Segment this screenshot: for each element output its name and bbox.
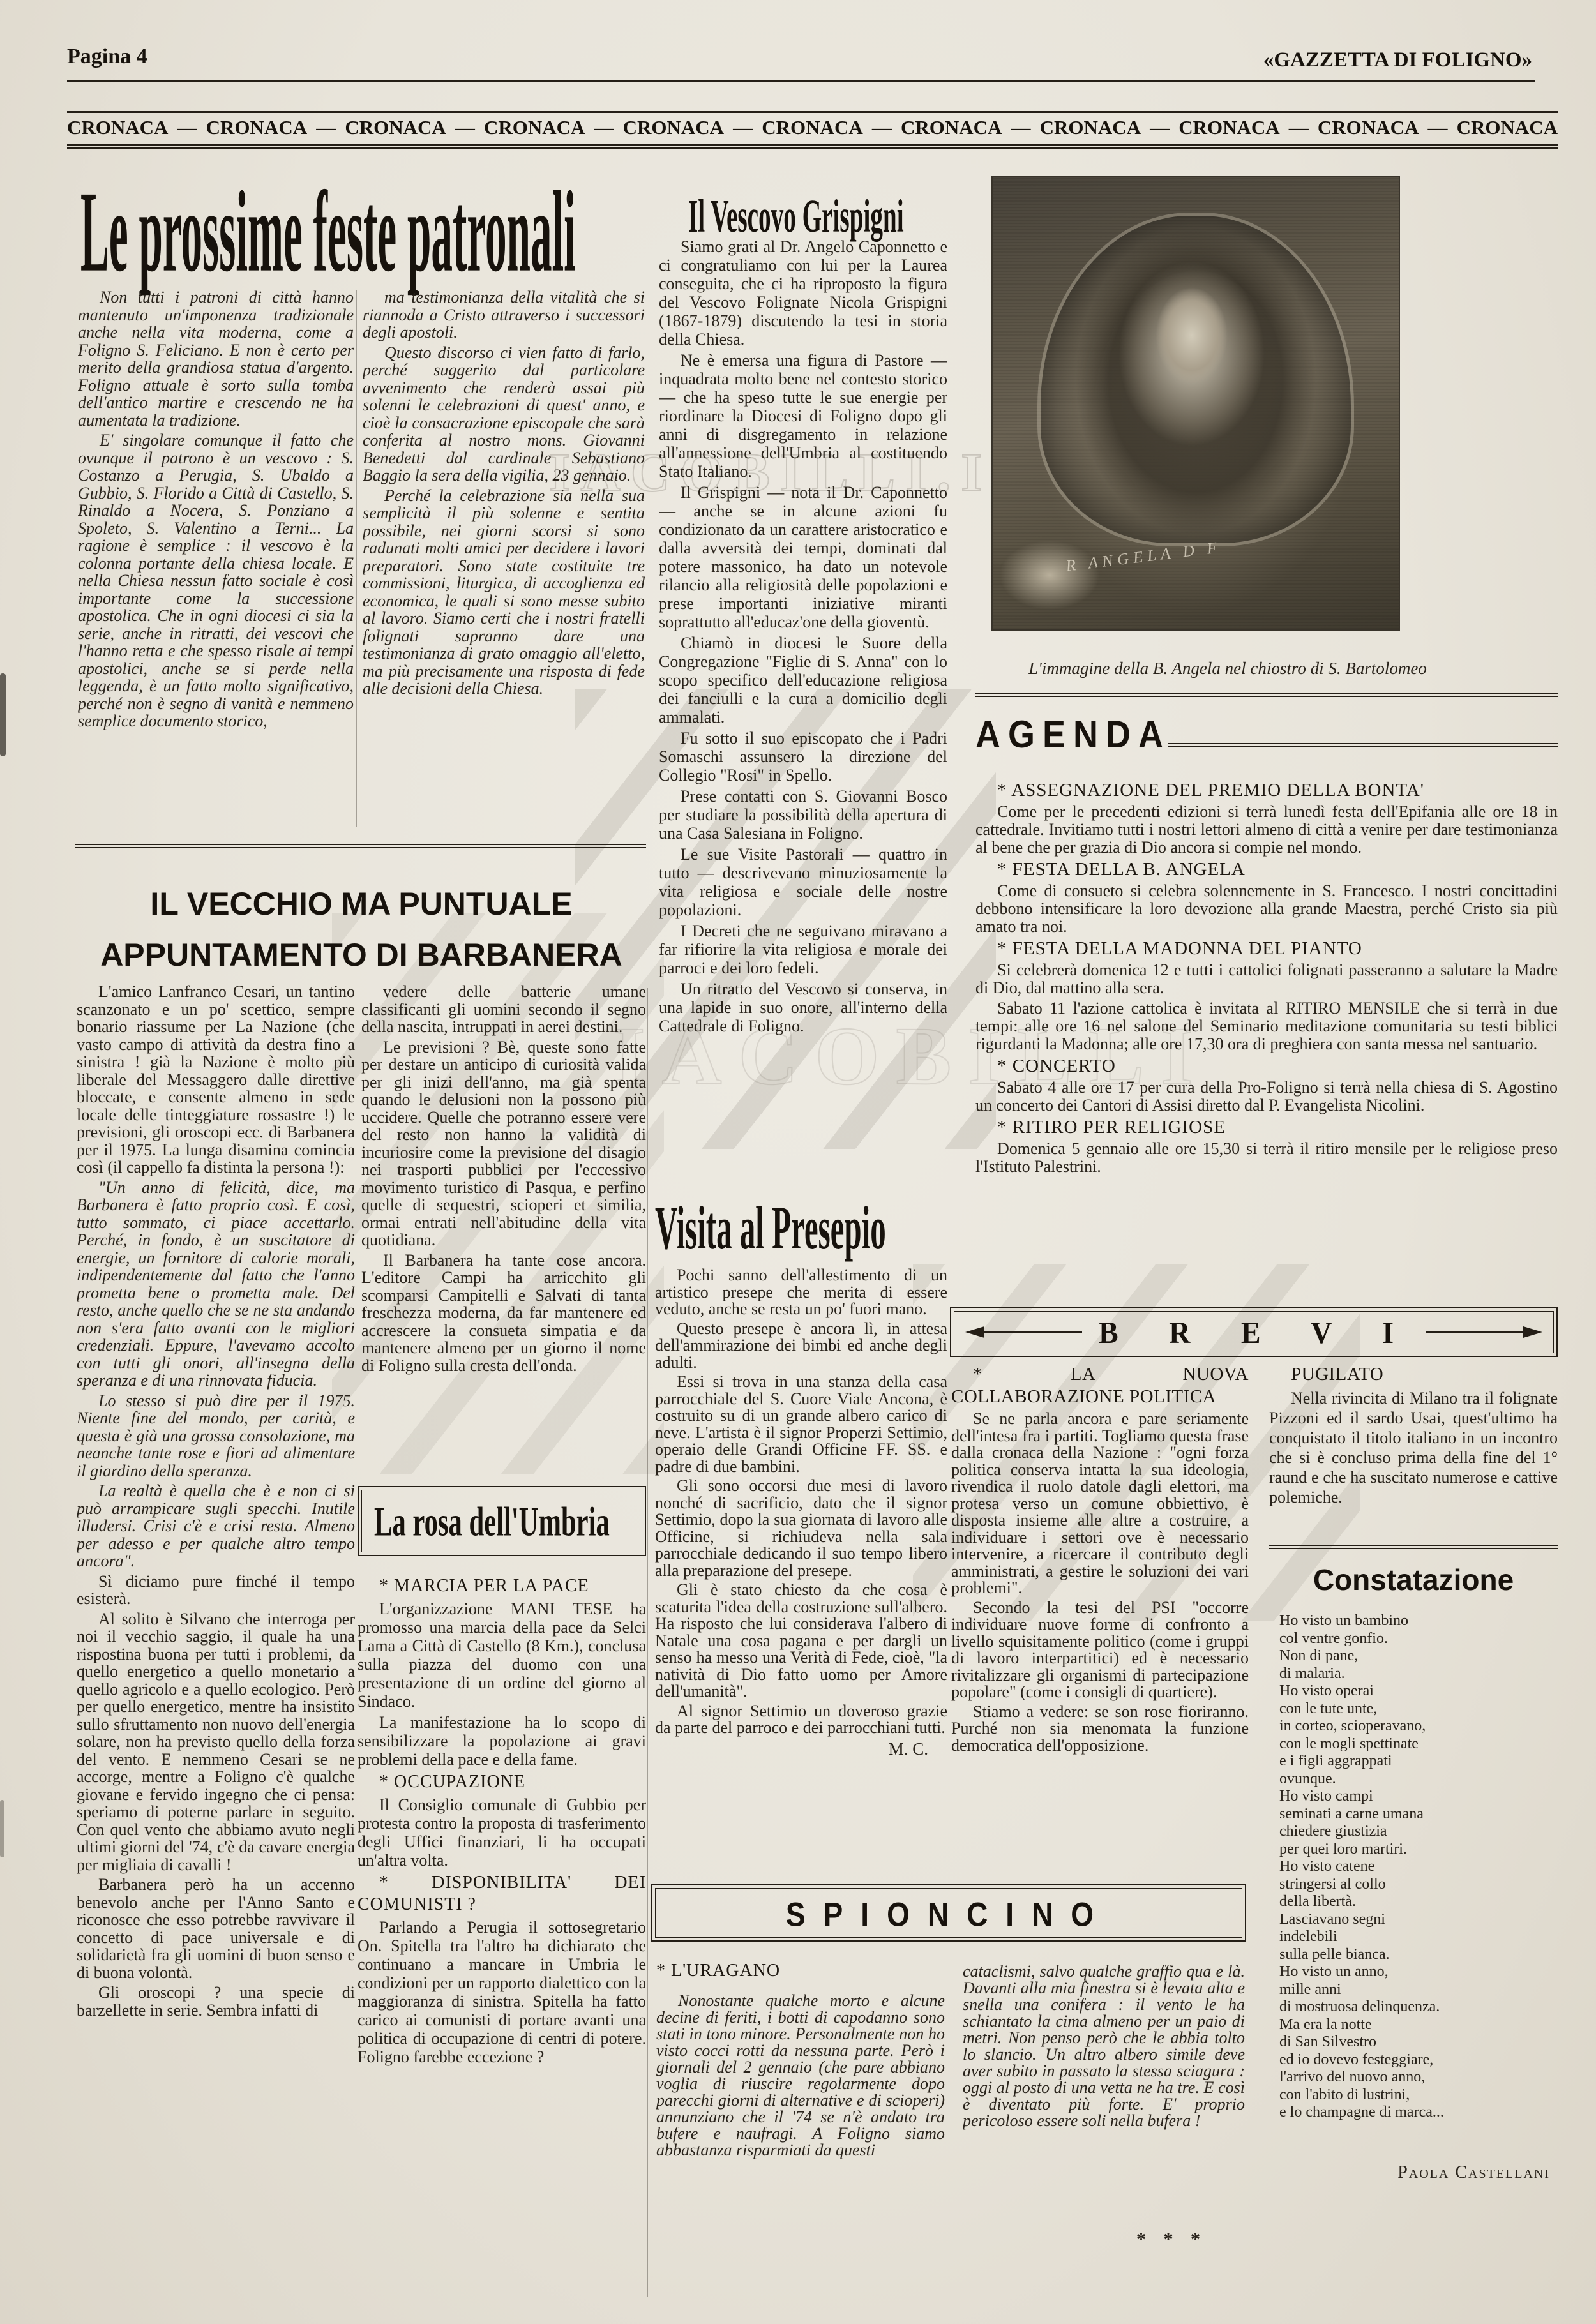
cronaca-word: — [872, 116, 892, 139]
cronaca-word: — [177, 116, 197, 139]
cronaca-word: CRONACA [1040, 116, 1141, 139]
presepio-paragraph: Gli sono occorsi due mesi di lavoro nonc… [655, 1478, 947, 1579]
vescovo-paragraph: Un ritratto del Vescovo si conserva, in … [659, 980, 947, 1035]
fresco-inscription: R ANGELA D F [1065, 539, 1223, 576]
cronaca-rule-bottom [67, 144, 1558, 149]
column-rule [647, 988, 648, 2297]
cronaca-word: — [1427, 116, 1447, 139]
cronaca-word: — [1289, 116, 1309, 139]
agenda-item-heading: * RITIRO PER RELIGIOSE [975, 1117, 1558, 1137]
agenda-item-paragraph: Come per le precedenti edizioni si terrà… [975, 803, 1558, 857]
poem-line: di malaria. [1279, 1665, 1558, 1683]
cronaca-word: — [733, 116, 753, 139]
cronaca-word: CRONACA [901, 116, 1002, 139]
constatazione-title: Constatazione [1269, 1563, 1558, 1597]
scan-smudge [0, 673, 6, 756]
scan-smudge [0, 1800, 4, 1857]
presepio-paragraph: Pochi sanno dell'allestimento di un arti… [655, 1267, 947, 1318]
poem-line: Ho visto campi [1279, 1788, 1558, 1806]
vescovo-headline: Il Vescovo Grispigni [688, 190, 996, 231]
rosa-item-heading: * MARCIA PER LA PACE [358, 1575, 646, 1597]
cronaca-word: CRONACA [762, 116, 862, 139]
constatazione-poem: Ho visto un bambinocol ventre gonfio.Non… [1279, 1612, 1558, 2122]
brevi-title: B R E V I [1092, 1314, 1415, 1350]
presepio-article: Pochi sanno dell'allestimento di un arti… [655, 1267, 947, 1870]
vescovo-paragraph: Prese contatti con S. Giovanni Bosco per… [659, 787, 947, 843]
presepio-paragraph: Questo presepe è ancora lì, in attesa de… [655, 1321, 947, 1372]
poem-line: col ventre gonfio. [1279, 1630, 1558, 1648]
brevi-item-paragraph: Stiamo a vedere: se son rose fioriranno.… [951, 1704, 1249, 1755]
spioncino-col2: cataclismi, salvo qualche graffio qua e … [963, 1963, 1245, 2225]
agenda-rule-top [975, 693, 1558, 697]
cronaca-word: CRONACA [1178, 116, 1279, 139]
photo-caption: L'immagine della B. Angela nel chiostro … [991, 659, 1464, 678]
poem-line: con l'abito di lustrini, [1279, 2087, 1558, 2104]
poem-line: di San Silvestro [1279, 2034, 1558, 2051]
barbanera-paragraph: Barbanera però ha un accenno benevolo an… [77, 1876, 355, 1981]
poem-line: Ho visto catene [1279, 1858, 1558, 1876]
agenda-list: * ASSEGNAZIONE DEL PREMIO DELLA BONTA'Co… [975, 780, 1558, 1300]
pugilato-paragraph: Nella rivincita di Milano tra il foligna… [1269, 1388, 1558, 1507]
barbanera-paragraph: vedere delle batterie umane classificant… [361, 983, 646, 1036]
constatazione-rule [1269, 1545, 1558, 1549]
cronaca-band: CRONACA—CRONACA—CRONACA—CRONACA—CRONACA—… [67, 116, 1558, 139]
poem-signature: Paola Castellani [1269, 2163, 1550, 2183]
vescovo-paragraph: Ne è emersa una figura di Pastore — inqu… [659, 351, 947, 481]
barbanera-paragraph: Gli oroscopi ? una specie di barzellette… [77, 1984, 355, 2019]
rosa-item-heading: * OCCUPAZIONE [358, 1771, 646, 1793]
barbanera-paragraph: Il Barbanera ha tante cose ancora. L'edi… [361, 1252, 646, 1375]
barbanera-quote-paragraph: Lo stesso si può dire per il 1975. Nient… [77, 1392, 355, 1480]
rosa-item-paragraph: Il Consiglio comunale di Gubbio per prot… [358, 1795, 646, 1870]
cronaca-rule-top [67, 111, 1558, 113]
cronaca-word: CRONACA [206, 116, 307, 139]
rosa-item-heading: * DISPONIBILITA' DEI COMUNISTI ? [358, 1872, 646, 1915]
header-rule [67, 80, 1535, 82]
poem-line: mille anni [1279, 1981, 1558, 1999]
vescovo-paragraph: Fu sotto il suo episcopato che i Padri S… [659, 729, 947, 784]
barbanera-paragraph: Al solito è Silvano che interroga per no… [77, 1610, 355, 1874]
brevi-item-heading: * LA NUOVA COLLABORAZIONE POLITICA [951, 1363, 1249, 1408]
spioncino-col1: Nonostante qualche morto e alcune decine… [656, 1993, 945, 2248]
cronaca-word: CRONACA [1457, 116, 1558, 139]
masthead-title: «GAZZETTA DI FOLIGNO» [913, 49, 1532, 72]
agenda-item-heading: * FESTA DELLA B. ANGELA [975, 859, 1558, 880]
barbanera-col1: L'amico Lanfranco Cesari, un tantino sca… [77, 983, 355, 2304]
agenda-title-rule [1168, 743, 1558, 747]
barbanera-quote-paragraph: "Un anno di felicità, dice, ma Barbanera… [77, 1179, 355, 1390]
brevi-box: B R E V I [950, 1307, 1558, 1357]
vescovo-paragraph: I Decreti che ne seguivano miravano a fa… [659, 922, 947, 977]
rosa-umbria-list: * MARCIA PER LA PACEL'organizzazione MAN… [358, 1575, 646, 2066]
poem-line: ovunque. [1279, 1771, 1558, 1788]
lead-paragraph: ma testimonianza della vitalità che si r… [363, 289, 645, 341]
lead-article-col2: ma testimonianza della vitalità che si r… [363, 289, 645, 850]
cronaca-word: — [1011, 116, 1030, 139]
cronaca-word: CRONACA [484, 116, 585, 139]
barbanera-paragraph: Sì diciamo pure finché il tempo esisterà… [77, 1573, 355, 1608]
cronaca-word: CRONACA [345, 116, 446, 139]
barbanera-paragraph: Le previsioni ? Bè, queste sono fatte pe… [361, 1038, 646, 1249]
section-divider [75, 844, 646, 848]
photo-b-angela: R ANGELA D F [991, 176, 1400, 631]
lead-paragraph: Perché la celebrazione sia nella sua sem… [363, 487, 645, 698]
agenda-item-heading: * FESTA DELLA MADONNA DEL PIANTO [975, 938, 1558, 959]
poem-line: ed io dovevo festeggiare, [1279, 2051, 1558, 2069]
poem-line: seminati a carne umana [1279, 1806, 1558, 1824]
poem-line: e i figli aggrappati [1279, 1753, 1558, 1771]
cronaca-word: CRONACA [1318, 116, 1419, 139]
presepio-signature: M. C. [655, 1739, 947, 1759]
poem-line: Lasciavano segni [1279, 1911, 1558, 1929]
poem-line: per quei loro martiri. [1279, 1841, 1558, 1859]
brevi-item-paragraph: Secondo la tesi del PSI "occorre individ… [951, 1600, 1249, 1701]
poem-line: sulla pelle bianca. [1279, 1946, 1558, 1964]
barbanera-paragraph: L'amico Lanfranco Cesari, un tantino sca… [77, 983, 355, 1176]
agenda-item-paragraph: Si celebrerà domenica 12 e tutti i catto… [975, 961, 1558, 997]
barbanera-headline: IL VECCHIO MA PUNTUALE APPUNTAMENTO DI B… [77, 878, 646, 980]
rosa-item-paragraph: Parlando a Perugia il sottosegretario On… [358, 1918, 646, 2066]
agenda-item-paragraph: Come di consueto si celebra solennemente… [975, 882, 1558, 936]
barbanera-headline-line1: IL VECCHIO MA PUNTUALE [77, 878, 646, 929]
agenda-item-paragraph: Sabato 11 l'azione cattolica è invitata … [975, 1000, 1558, 1053]
poem-line: l'arrivo del nuovo anno, [1279, 2069, 1558, 2087]
cronaca-word: — [316, 116, 336, 139]
spioncino-footer-stars: * * * [963, 2229, 1245, 2251]
spioncino-title: SPIONCINO [652, 1894, 1245, 1929]
pen-nib-left-icon [968, 1331, 1082, 1333]
uragano-heading: * L'URAGANO [656, 1961, 780, 1981]
lead-paragraph: E' singolare comunque il fatto che ovunq… [78, 431, 354, 730]
agenda-item-heading: * ASSEGNAZIONE DEL PREMIO DELLA BONTA' [975, 780, 1558, 800]
pugilato-heading: PUGILATO [1269, 1363, 1558, 1386]
rosa-umbria-section: La rosa dell'Umbria * MARCIA PER LA PACE… [358, 1486, 646, 2316]
spioncino-box: SPIONCINO [651, 1884, 1246, 1942]
pen-nib-right-icon [1426, 1331, 1540, 1333]
poem-line: con le mogli spettinate [1279, 1736, 1558, 1753]
poem-line: Non di pane, [1279, 1647, 1558, 1665]
column-rule [649, 290, 649, 833]
poem-line: Ho visto un bambino [1279, 1612, 1558, 1630]
poem-line: della libertà. [1279, 1893, 1558, 1911]
poem-line: Ho visto un anno, [1279, 1963, 1558, 1981]
fresco-arch [1037, 213, 1354, 546]
barbanera-col2: vedere delle batterie umane classificant… [361, 983, 646, 1474]
newspaper-page: IACOBILLI.IT IACOBILLI Pagina 4 «GAZZETT… [0, 0, 1596, 2324]
poem-line: Ho visto operai [1279, 1683, 1558, 1700]
vescovo-article: Siamo grati al Dr. Angelo Caponnetto e c… [659, 237, 947, 1086]
vescovo-paragraph: Le sue Visite Pastorali — quattro in tut… [659, 845, 947, 919]
vescovo-paragraph: Siamo grati al Dr. Angelo Caponnetto e c… [659, 237, 947, 349]
rosa-umbria-title: La rosa dell'Umbria [374, 1499, 646, 1536]
poem-line: con le tute unte, [1279, 1700, 1558, 1718]
lead-paragraph: Questo discorso ci vien fatto di farlo, … [363, 344, 645, 484]
column-rule [356, 290, 357, 827]
presepio-paragraph: Essi si trova in una stanza della casa p… [655, 1374, 947, 1475]
brevi-item-paragraph: Se ne parla ancora e pare seriamente del… [951, 1411, 1249, 1597]
poem-line: in corteo, scioperavano, [1279, 1718, 1558, 1736]
pugilato-column: PUGILATONella rivincita di Milano tra il… [1269, 1363, 1558, 1542]
spioncino-paragraph: Nonostante qualche morto e alcune decine… [656, 1993, 945, 2159]
vescovo-paragraph: Chiamò in diocesi le Suore della Congreg… [659, 634, 947, 726]
lead-article-col1: Non tutti i patroni di città hanno mante… [78, 289, 354, 837]
column-rule [354, 988, 354, 2297]
lead-paragraph: Non tutti i patroni di città hanno mante… [78, 289, 354, 429]
agenda-item-heading: * CONCERTO [975, 1056, 1558, 1076]
presepio-headline: Visita al Presepio [655, 1192, 975, 1243]
agenda-item-paragraph: Domenica 5 gennaio alle ore 15,30 si ter… [975, 1140, 1558, 1176]
poem-line: indelebili [1279, 1928, 1558, 1946]
cronaca-word: — [455, 116, 475, 139]
spioncino-paragraph: cataclismi, salvo qualche graffio qua e … [963, 1963, 1245, 2129]
presepio-paragraph: Al signor Settimio un doveroso grazie da… [655, 1703, 947, 1737]
poem-line: di mostruosa delinquenza. [1279, 1998, 1558, 2016]
cronaca-word: — [1150, 116, 1170, 139]
rosa-item-paragraph: La manifestazione ha lo scopo di sensibi… [358, 1713, 646, 1769]
poem-line: chiedere giustizia [1279, 1823, 1558, 1841]
vescovo-paragraph: Il Grispigni — nota il Dr. Caponnetto — … [659, 483, 947, 631]
poem-line: e lo champagne di marca... [1279, 2104, 1558, 2122]
barbanera-quote-paragraph: La realtà è quella che è e non ci si può… [77, 1482, 355, 1570]
presepio-paragraph: Gli è stato chiesto da che cosa è scatur… [655, 1582, 947, 1700]
brevi-left-column: * LA NUOVA COLLABORAZIONE POLITICASe ne … [951, 1363, 1249, 1925]
barbanera-headline-line2: APPUNTAMENTO DI BARBANERA [77, 929, 646, 980]
poem-line: Ma era la notte [1279, 2016, 1558, 2034]
rosa-umbria-box: La rosa dell'Umbria [358, 1486, 646, 1556]
poem-line: stringersi al collo [1279, 1876, 1558, 1894]
page-number: Pagina 4 [67, 45, 147, 69]
agenda-item-paragraph: Sabato 4 alle ore 17 per cura della Pro-… [975, 1079, 1558, 1114]
rosa-item-paragraph: L'organizzazione MANI TESE ha promosso u… [358, 1600, 646, 1711]
agenda-title: AGENDA [975, 712, 1171, 752]
cronaca-word: CRONACA [623, 116, 724, 139]
cronaca-word: — [594, 116, 614, 139]
cronaca-word: CRONACA [67, 116, 168, 139]
